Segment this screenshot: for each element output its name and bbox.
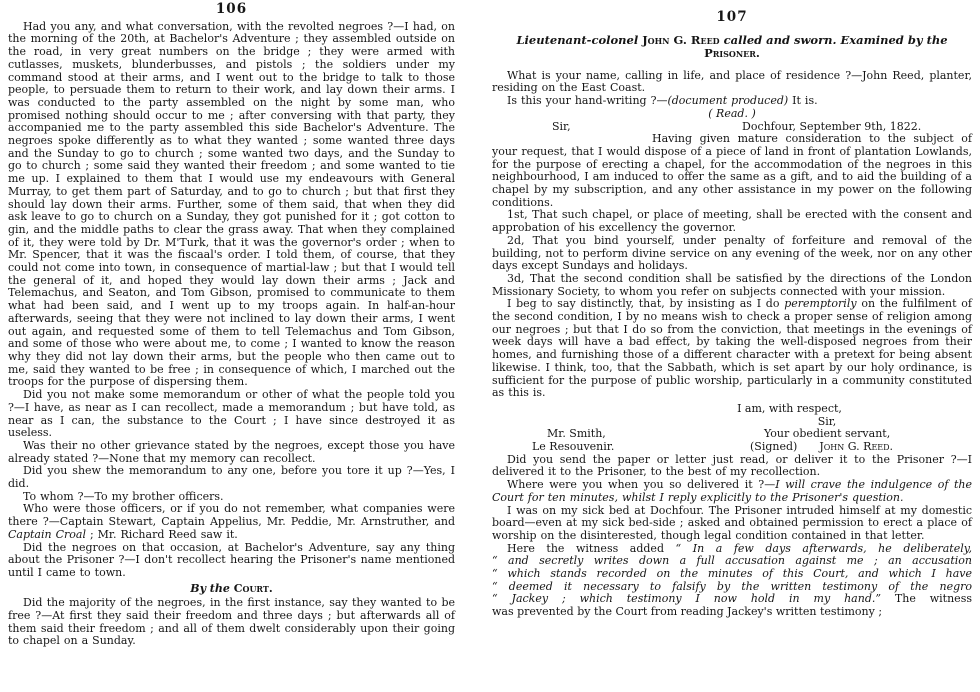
text-segment: The witness <box>881 592 972 605</box>
text-segment: peremptorily <box>784 297 856 310</box>
text-segment: ( Read. ) <box>708 107 755 120</box>
quoted-lines: Here the witness added “ In a few days a… <box>492 543 972 619</box>
text-segment: 1st, That such chapel, or place of meeti… <box>492 208 972 234</box>
left-page-content: Had you any, and what conversation, with… <box>8 21 455 648</box>
text-segment: 2d, That you bind yourself, under penalt… <box>492 234 972 272</box>
text-segment: Mr. Smith, <box>547 427 606 440</box>
text-segment: Lieutenant-colonel <box>516 33 642 47</box>
text-segment: Here the witness added <box>507 542 676 555</box>
text-segment: Prisoner. <box>704 46 760 60</box>
text-segment: To whom ?—To my brother officers. <box>23 490 224 503</box>
text-segment: I beg to say distinctly, that, by insist… <box>507 297 784 310</box>
text-segment: What is your name, calling in life, and … <box>492 69 972 95</box>
quoted-line: was prevented by the Court from reading … <box>492 606 972 619</box>
text-segment: Sir, <box>818 415 837 428</box>
text-segment: I was on my sick bed at Dochfour. The Pr… <box>492 504 972 542</box>
text-segment: Who were those officers, or if you do no… <box>8 502 455 528</box>
text-segment: Did the negroes on that occasion, at Bac… <box>8 541 455 579</box>
text-segment: John G. Reed. <box>819 440 893 453</box>
text-segment: 3d, That the second condition shall be s… <box>492 272 972 298</box>
text-segment: Where were you when you so delivered it … <box>507 478 775 491</box>
letter-line: Sir,Dochfour, September 9th, 1822. <box>492 121 972 134</box>
paragraph: Who were those officers, or if you do no… <box>8 503 455 541</box>
paragraph: Was their no other grievance stated by t… <box>8 440 455 465</box>
text-segment: was prevented by the Court from reading … <box>492 605 882 618</box>
text-segment: (document produced) <box>667 94 788 107</box>
text-segment: Did you shew the memorandum to any one, … <box>8 464 455 490</box>
paragraph: Had you any, and what conversation, with… <box>8 21 455 389</box>
letter-line-right: (Signed) John G. Reed. <box>750 441 893 454</box>
text-segment: It is. <box>788 94 817 107</box>
text-segment: “ Jackey ; which testimony I now hold in… <box>492 592 881 605</box>
text-segment: “ In a few days afterwards, he deliberat… <box>676 542 972 555</box>
text-segment: Le Resouvenir. <box>532 440 614 453</box>
right-page-content: Lieutenant-colonel John G. Reed called a… <box>492 34 972 619</box>
section-heading: Lieutenant-colonel John G. Reed called a… <box>492 34 972 61</box>
centered-line: I am, with respect, <box>492 403 972 416</box>
text-segment: Sir, <box>552 120 571 133</box>
text-segment: By the <box>190 582 233 595</box>
text-segment: called and sworn. Examined by the <box>724 33 948 47</box>
letter-line: Le Resouvenir.(Signed) John G. Reed. <box>492 441 972 454</box>
text-segment: on the fulfilment of the second conditio… <box>492 297 972 399</box>
right-page: 107 Lieutenant-colonel John G. Reed call… <box>466 0 972 692</box>
book-scan: 106 Had you any, and what conversation, … <box>0 0 980 692</box>
paragraph: Did you send the paper or letter just re… <box>492 454 972 479</box>
text-segment: Had you any, and what conversation, with… <box>8 20 455 389</box>
letter-line-left: Le Resouvenir. <box>532 441 614 454</box>
paragraph: Did you not make some memorandum or othe… <box>8 389 455 440</box>
text-segment: Having given mature consideration to the… <box>492 132 972 209</box>
text-segment: Your obedient servant, <box>764 427 890 440</box>
text-segment: Did the majority of the negroes, in the … <box>8 596 455 647</box>
text-segment: Court. <box>234 582 273 595</box>
text-segment: “ which stands recorded on the minutes o… <box>492 567 972 580</box>
paragraph: I beg to say distinctly, that, by insist… <box>492 298 972 400</box>
letter-line-right: Dochfour, September 9th, 1822. <box>742 121 921 134</box>
paragraph: Did you shew the memorandum to any one, … <box>8 465 455 490</box>
text-segment: Captain Croal <box>8 528 86 541</box>
text-segment: (Signed) <box>750 440 819 453</box>
page-number-right: 107 <box>492 11 972 24</box>
text-segment: I am, with respect, <box>737 402 842 415</box>
text-segment: “ and secretly writes down a full accusa… <box>492 554 972 567</box>
text-segment: Dochfour, September 9th, 1822. <box>742 120 921 133</box>
paragraph: Where were you when you so delivered it … <box>492 479 972 504</box>
text-segment: ; Mr. Richard Reed saw it. <box>86 528 238 541</box>
letter-line-left: Sir, <box>552 121 571 134</box>
left-page: 106 Had you any, and what conversation, … <box>0 0 466 692</box>
section-heading: By the Court. <box>8 583 455 596</box>
page-number-left: 106 <box>8 3 455 16</box>
paragraph: Having given mature consideration to the… <box>492 133 972 209</box>
text-segment: Was their no other grievance stated by t… <box>8 439 455 465</box>
text-segment: John G. Reed <box>642 33 723 47</box>
paragraph: Did the negroes on that occasion, at Bac… <box>8 542 455 580</box>
paragraph: I was on my sick bed at Dochfour. The Pr… <box>492 505 972 543</box>
text-segment: “ deemed it necessary to falsify by the … <box>492 580 972 593</box>
paragraph: 1st, That such chapel, or place of meeti… <box>492 209 972 234</box>
text-segment: Did you not make some memorandum or othe… <box>8 388 455 439</box>
paragraph: 2d, That you bind yourself, under penalt… <box>492 235 972 273</box>
text-segment: Is this your hand-writing ?— <box>507 94 667 107</box>
paragraph: 3d, That the second condition shall be s… <box>492 273 972 298</box>
paragraph: What is your name, calling in life, and … <box>492 70 972 95</box>
text-segment: Did you send the paper or letter just re… <box>492 453 972 479</box>
paragraph: Did the majority of the negroes, in the … <box>8 597 455 648</box>
